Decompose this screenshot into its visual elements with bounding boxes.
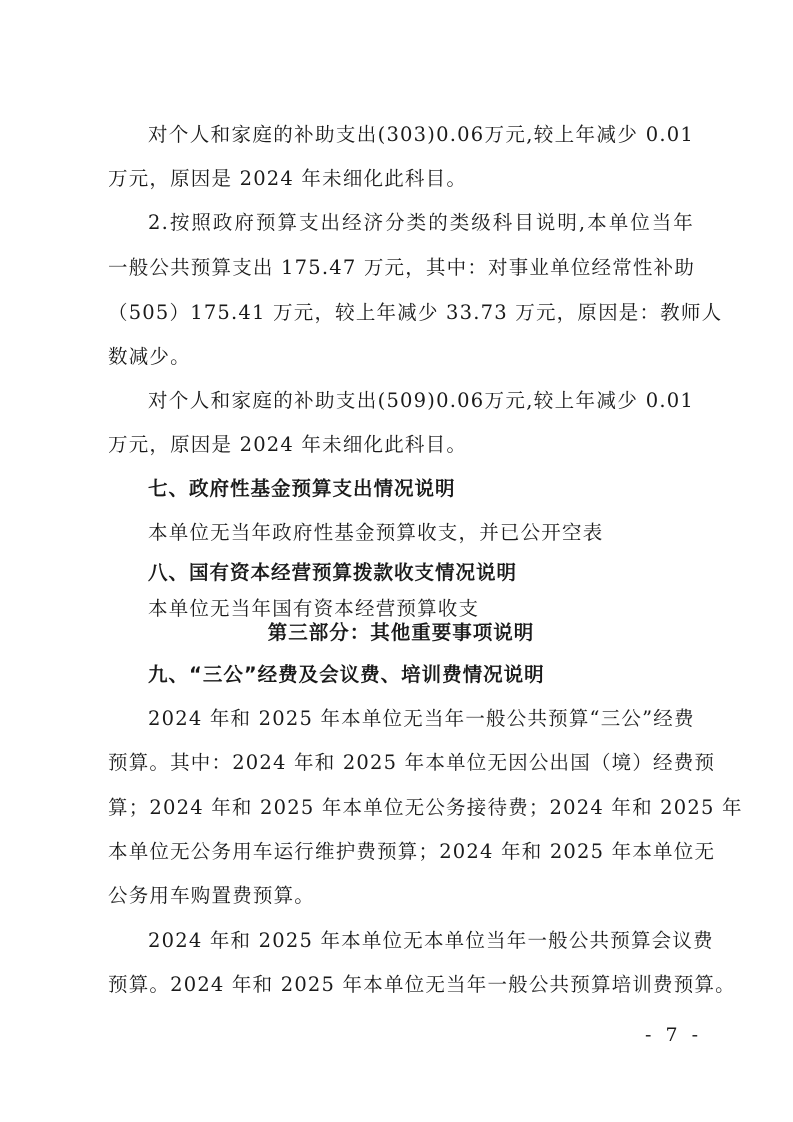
section-7-body: 本单位无当年政府性基金预算收支，并已公开空表 — [148, 521, 603, 545]
paragraph-2-line-3: （505）175.41 万元，较上年减少 33.73 万元，原因是：教师人 — [108, 301, 694, 325]
section-9-heading: 九、“三公”经费及会议费、培训费情况说明 — [148, 663, 545, 687]
section-9-para-2-line-1: 2024 年和 2025 年本单位无本单位当年一般公共预算会议费 — [148, 929, 694, 953]
paragraph-3-line-1: 对个人和家庭的补助支出(509)0.06万元,较上年减少 0.01 — [148, 389, 694, 413]
paragraph-2-line-4: 数减少。 — [108, 345, 191, 369]
part-3-title: 第三部分：其他重要事项说明 — [108, 621, 694, 645]
paragraph-2-line-1: 2.按照政府预算支出经济分类的类级科目说明,本单位当年 — [148, 211, 694, 235]
section-9-para-1-line-5: 公务用车购置费预算。 — [108, 884, 315, 908]
section-7-heading: 七、政府性基金预算支出情况说明 — [148, 477, 456, 501]
paragraph-1-line-2: 万元，原因是 2024 年未细化此科目。 — [108, 167, 467, 191]
section-9-para-1-line-3: 算；2024 年和 2025 年本单位无公务接待费；2024 年和 2025 年 — [108, 796, 694, 820]
section-9-para-1-line-4: 本单位无公务用车运行维护费预算；2024 年和 2025 年本单位无 — [108, 840, 694, 864]
paragraph-1-line-1: 对个人和家庭的补助支出(303)0.06万元,较上年减少 0.01 — [148, 123, 694, 147]
section-8-body: 本单位无当年国有资本经营预算收支 — [148, 597, 479, 621]
section-9-para-1-line-2: 预算。其中：2024 年和 2025 年本单位无因公出国（境）经费预 — [108, 751, 694, 775]
paragraph-3-line-2: 万元，原因是 2024 年未细化此科目。 — [108, 433, 467, 457]
paragraph-2-line-2: 一般公共预算支出 175.47 万元，其中：对事业单位经常性补助 — [108, 256, 694, 280]
page-number: - 7 - — [645, 1024, 702, 1046]
section-8-heading: 八、国有资本经营预算拨款收支情况说明 — [148, 561, 517, 585]
section-9-para-2-line-2: 预算。2024 年和 2025 年本单位无当年一般公共预算培训费预算。 — [108, 973, 694, 997]
section-9-para-1-line-1: 2024 年和 2025 年本单位无当年一般公共预算“三公”经费 — [148, 707, 694, 731]
